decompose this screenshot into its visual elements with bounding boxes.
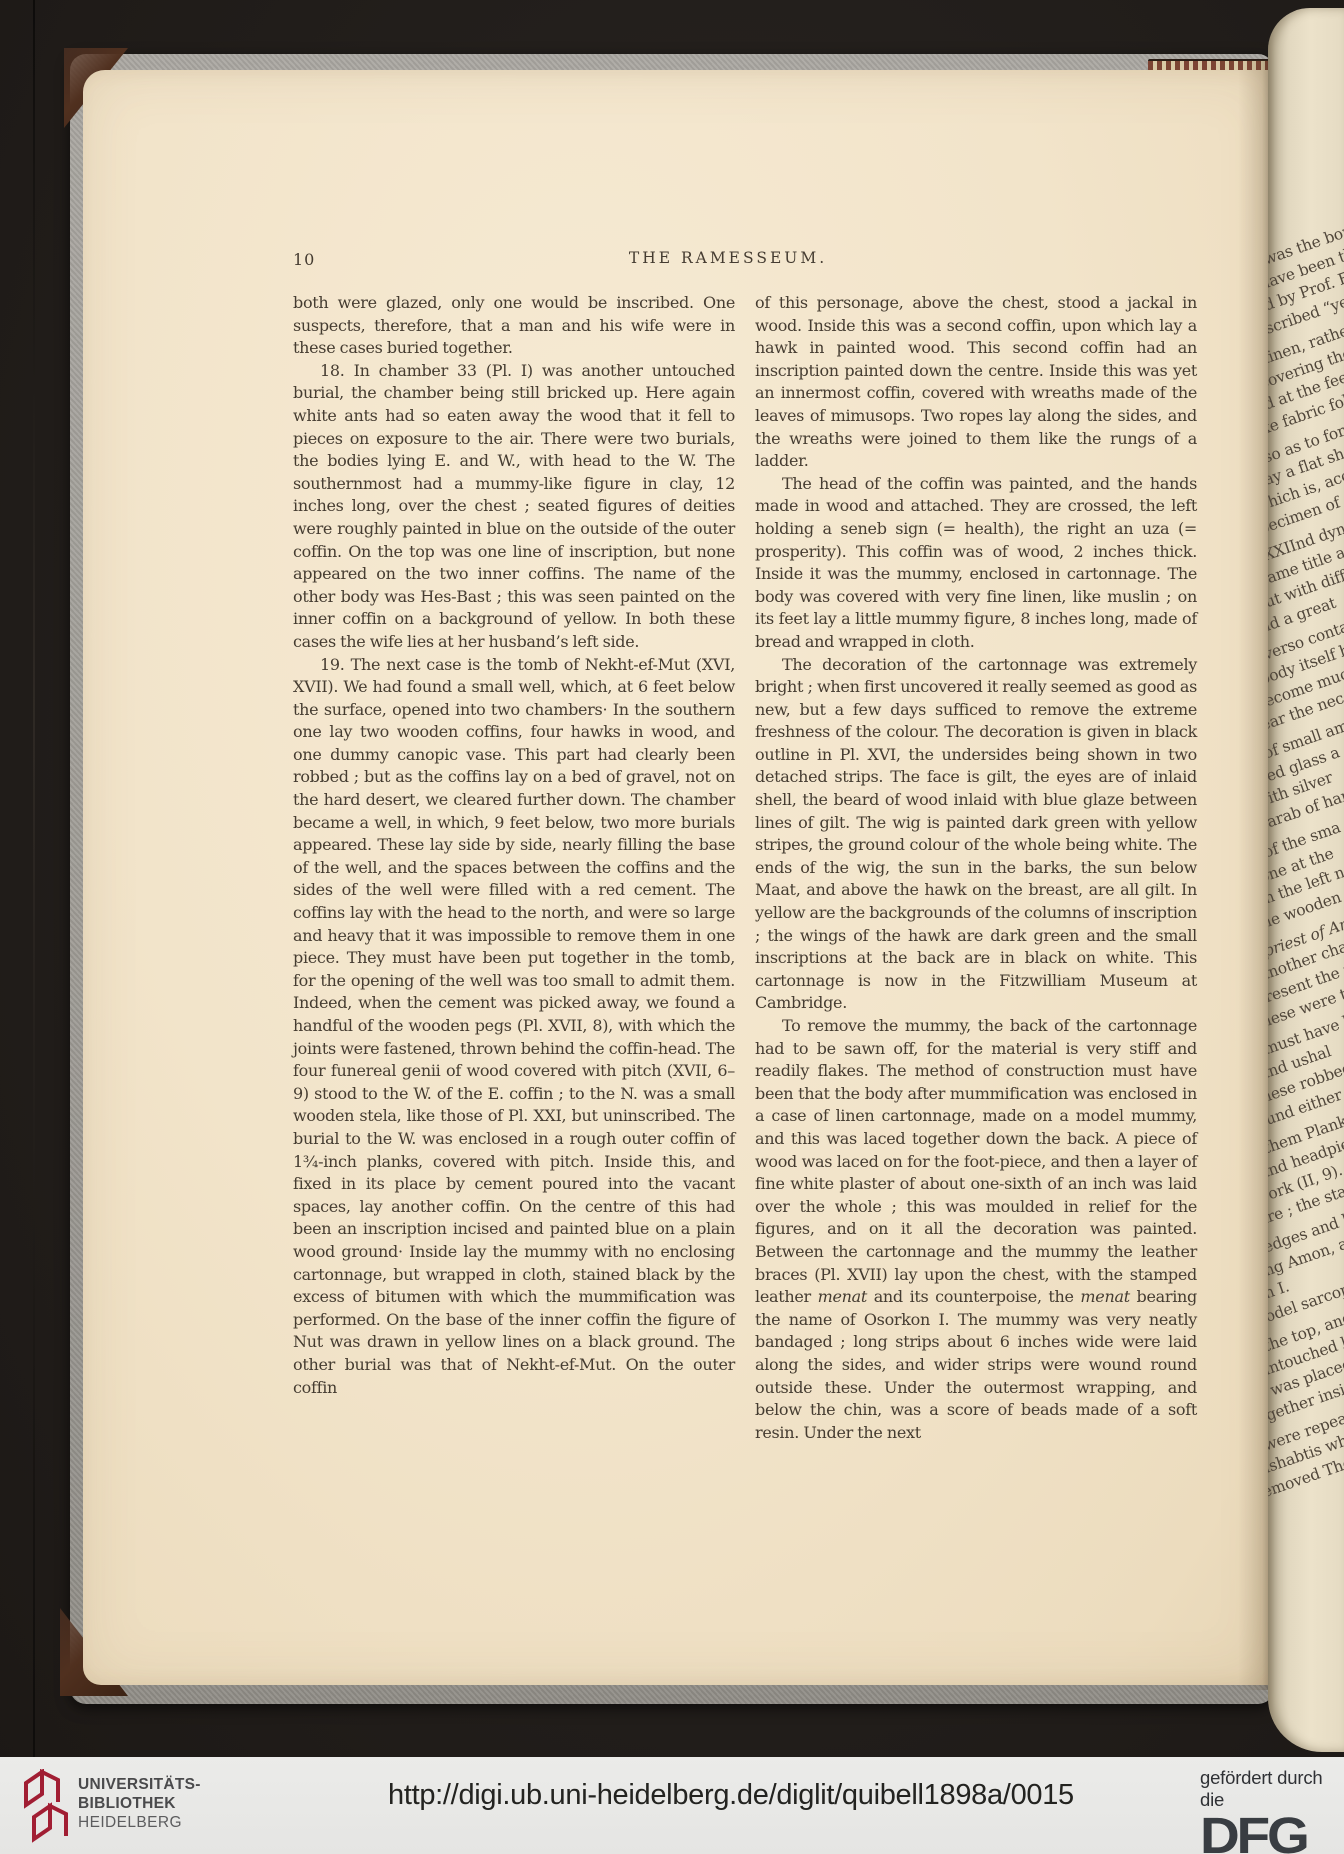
text-column-right: of this personage, above the chest, stoo… (755, 292, 1197, 1444)
paragraph: of this personage, above the chest, stoo… (755, 292, 1197, 473)
footer-bar: UNIVERSITÄTS- BIBLIOTHEK HEIDELBERG http… (0, 1757, 1344, 1854)
paragraph: The head of the coffin was painted, and … (755, 473, 1197, 654)
dfg-credit: gefördert durch die DFG (1200, 1767, 1336, 1854)
library-name-line1: UNIVERSITÄTS- (78, 1775, 201, 1794)
book-page: 10 THE RAMESSEUM. both were glazed, only… (83, 70, 1274, 1685)
page-number: 10 (293, 250, 315, 269)
scanner-seam (33, 0, 35, 1757)
library-name-line3: HEIDELBERG (78, 1813, 201, 1832)
library-name-line2: BIBLIOTHEK (78, 1794, 201, 1813)
dfg-caption: gefördert durch die (1200, 1767, 1336, 1811)
dfg-logo: DFG (1200, 1813, 1344, 1854)
library-name: UNIVERSITÄTS- BIBLIOTHEK HEIDELBERG (78, 1775, 201, 1832)
paragraph: The decoration of the cartonnage was ext… (755, 654, 1197, 1016)
open-book-icon (22, 1769, 72, 1847)
paragraph: both were glazed, only one would be insc… (293, 292, 735, 360)
paragraph: 18. In chamber 33 (Pl. I) was another un… (293, 360, 735, 654)
text-column-left: both were glazed, only one would be insc… (293, 292, 735, 1399)
running-title: THE RAMESSEUM. (629, 249, 827, 267)
paragraph: To remove the mummy, the back of the car… (755, 1015, 1197, 1444)
paragraph: 19. The next case is the tomb of Nekht-e… (293, 654, 735, 1400)
scan-viewport: 10 THE RAMESSEUM. both were glazed, only… (0, 0, 1344, 1854)
page-curl: was the bouquehave been threaed by Prof.… (1268, 8, 1344, 1752)
document-url: http://digi.ub.uni-heidelberg.de/diglit/… (388, 1779, 1074, 1812)
page-fold-shadow (1238, 60, 1270, 1690)
